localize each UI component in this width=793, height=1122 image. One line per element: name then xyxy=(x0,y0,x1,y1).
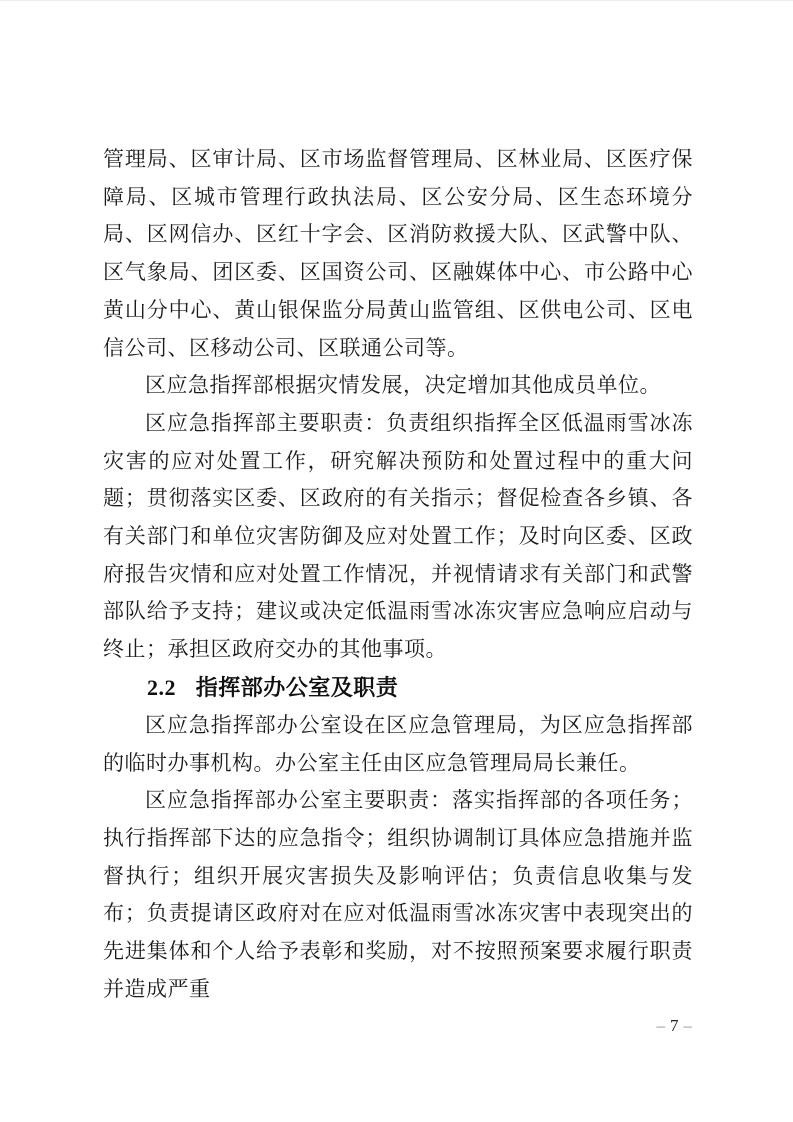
section-heading: 2.2指挥部办公室及职责 xyxy=(103,669,693,707)
section-title: 指挥部办公室及职责 xyxy=(196,675,399,700)
footer-dash-right: – xyxy=(679,1016,698,1035)
document-body: 管理局、区审计局、区市场监督管理局、区林业局、区医疗保障局、区城市管理行政执法局… xyxy=(103,141,693,1008)
paragraph-office-duties: 区应急指挥部办公室主要职责：落实指挥部的各项任务；执行指挥部下达的应急指令；组织… xyxy=(103,782,693,1008)
paragraph-office-location: 区应急指挥部办公室设在区应急管理局，为区应急指挥部的临时办事机构。办公室主任由区… xyxy=(103,707,693,782)
page-number: 7 xyxy=(670,1016,679,1035)
page-footer: –7– xyxy=(652,1016,698,1036)
section-number: 2.2 xyxy=(147,675,176,700)
paragraph-member-units: 管理局、区审计局、区市场监督管理局、区林业局、区医疗保障局、区城市管理行政执法局… xyxy=(103,141,693,367)
document-page: 管理局、区审计局、区市场监督管理局、区林业局、区医疗保障局、区城市管理行政执法局… xyxy=(0,0,793,1122)
paragraph-add-members: 区应急指挥部根据灾情发展，决定增加其他成员单位。 xyxy=(103,367,693,405)
footer-dash-left: – xyxy=(652,1016,671,1035)
paragraph-hq-duties: 区应急指挥部主要职责：负责组织指挥全区低温雨雪冰冻灾害的应对处置工作，研究解决预… xyxy=(103,405,693,669)
